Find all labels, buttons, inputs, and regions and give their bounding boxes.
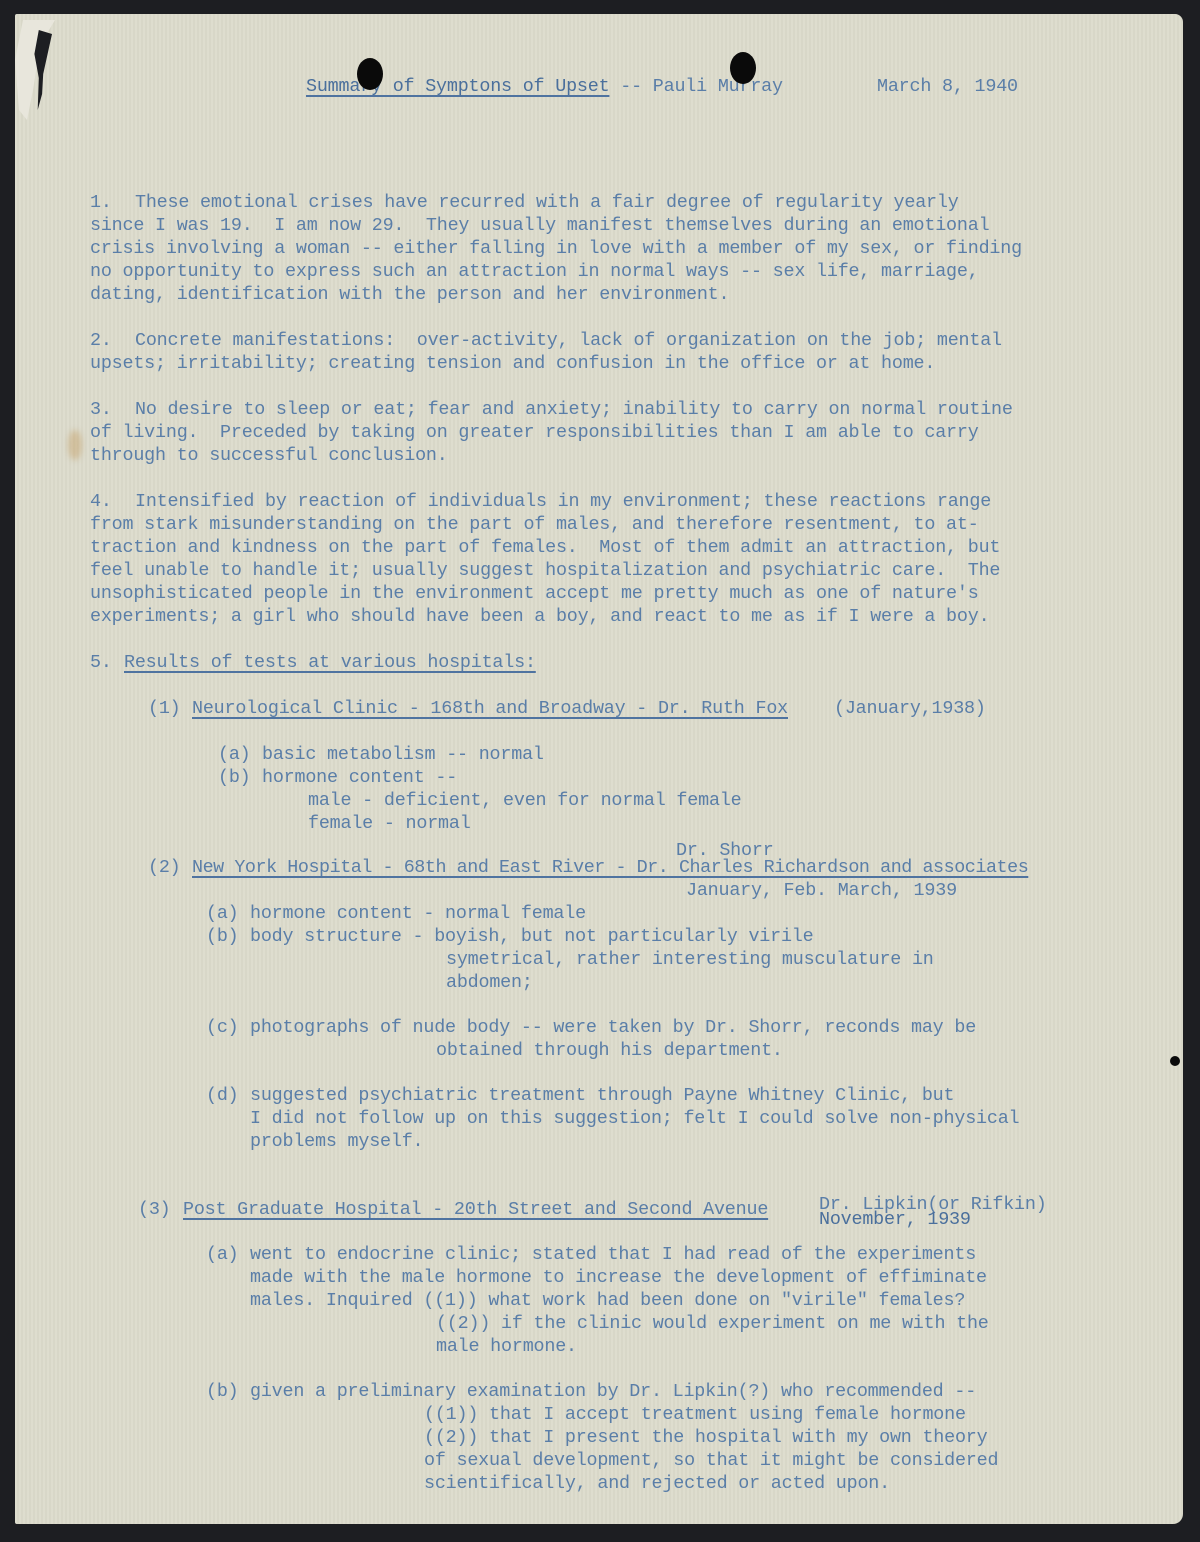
hospital-3-item-b-cont: ((1)) that I accept treatment using fema… — [424, 1403, 966, 1426]
hospital-2-name: New York Hospital - 68th and East River … — [192, 856, 1028, 879]
hospital-3-number: (3) — [138, 1198, 171, 1221]
document-title: Summary of Symptons of Upset — [306, 76, 609, 97]
paragraph-1-line: since I was 19. I am now 29. They usuall… — [90, 214, 989, 237]
paragraph-4-line: unsophisticated people in the environmen… — [90, 582, 979, 605]
document-date: March 8, 1940 — [877, 75, 1018, 98]
hospital-2-item-a: hormone content - normal female — [250, 902, 586, 925]
paragraph-1-line: no opportunity to express such an attrac… — [90, 260, 979, 283]
paragraph-2-line: upsets; irritability; creating tension a… — [90, 352, 935, 375]
hospital-3-item-a-label: (a) — [206, 1243, 239, 1266]
hospital-2-date: January, Feb. March, 1939 — [686, 879, 957, 902]
hospital-3-item-a-cont: males. Inquired ((1)) what work had been… — [250, 1289, 965, 1312]
hospital-2-number: (2) — [148, 856, 181, 879]
hospital-1-name: Neurological Clinic - 168th and Broadway… — [192, 697, 788, 720]
hospital-1-date: (January,1938) — [834, 697, 986, 720]
hospital-2-item-c-label: (c) — [206, 1016, 239, 1039]
hospital-3-item-b-cont: of sexual development, so that it might … — [424, 1449, 998, 1472]
paragraph-4-line: from stark misunderstanding on the part … — [90, 513, 979, 536]
hospital-2-item-d-cont: problems myself. — [250, 1130, 423, 1153]
paragraph-1-number: 1. — [90, 191, 112, 214]
paragraph-4-number: 4. — [90, 490, 112, 513]
paragraph-4-line: experiments; a girl who should have been… — [90, 605, 989, 628]
hospital-1-item-a: basic metabolism -- normal — [262, 743, 544, 766]
punch-hole — [1170, 1056, 1180, 1066]
hospital-2-item-d: suggested psychiatric treatment through … — [250, 1084, 954, 1107]
paper-stain — [68, 430, 82, 460]
paragraph-3-line: through to successful conclusion. — [90, 444, 448, 467]
hospital-2-item-b-cont: abdomen; — [446, 971, 533, 994]
paragraph-1-line: dating, identification with the person a… — [90, 283, 729, 306]
paragraph-1-line: crisis involving a woman -- either falli… — [90, 237, 1022, 260]
punch-hole — [357, 58, 383, 90]
hospital-1-item-a-label: (a) — [218, 743, 251, 766]
paragraph-2-number: 2. — [90, 329, 112, 352]
hospital-3-item-a-cont: made with the male hormone to increase t… — [250, 1266, 987, 1289]
paragraph-3-line: No desire to sleep or eat; fear and anxi… — [135, 398, 1013, 421]
section-5-number: 5. — [90, 651, 112, 674]
hospital-2-item-d-cont: I did not follow up on this suggestion; … — [250, 1107, 1019, 1130]
hospital-1-subline: male - deficient, even for normal female — [308, 789, 741, 812]
hospital-3-item-b-cont: scientifically, and rejected or acted up… — [424, 1472, 890, 1495]
hospital-3-item-a: went to endocrine clinic; stated that I … — [250, 1243, 976, 1266]
punch-hole — [730, 52, 756, 84]
paragraph-2-line: Concrete manifestations: over-activity, … — [135, 329, 1002, 352]
section-5-heading: Results of tests at various hospitals: — [124, 651, 536, 674]
paragraph-4-line: feel unable to handle it; usually sugges… — [90, 559, 1000, 582]
hospital-1-number: (1) — [148, 697, 181, 720]
hospital-2-item-c-cont: obtained through his department. — [436, 1039, 783, 1062]
hospital-2-item-a-label: (a) — [206, 902, 239, 925]
paragraph-4-line: Intensified by reaction of individuals i… — [135, 490, 991, 513]
hospital-3-item-b: given a preliminary examination by Dr. L… — [250, 1380, 976, 1403]
paragraph-4-line: traction and kindness on the part of fem… — [90, 536, 1000, 559]
hospital-3-item-a-cont: ((2)) if the clinic would experiment on … — [436, 1312, 989, 1335]
hospital-3-item-a-cont: male hormone. — [436, 1335, 577, 1358]
header-separator: -- — [620, 76, 642, 97]
hospital-3-item-b-cont: ((2)) that I present the hospital with m… — [424, 1426, 987, 1449]
hospital-2-item-b-label: (b) — [206, 925, 239, 948]
hospital-2-item-c: photographs of nude body -- were taken b… — [250, 1016, 976, 1039]
hospital-1-item-b-label: (b) — [218, 766, 251, 789]
hospital-3-date: November, 1939 — [819, 1208, 971, 1231]
hospital-1-subline: female - normal — [308, 812, 471, 835]
hospital-3-name: Post Graduate Hospital - 20th Street and… — [183, 1198, 768, 1221]
hospital-2-item-b: body structure - boyish, but not particu… — [250, 925, 813, 948]
paragraph-1-line: These emotional crises have recurred wit… — [135, 191, 959, 214]
hospital-1-item-b: hormone content -- — [262, 766, 457, 789]
hospital-2-item-b-cont: symetrical, rather interesting musculatu… — [446, 948, 934, 971]
hospital-2-item-d-label: (d) — [206, 1084, 239, 1107]
paragraph-3-number: 3. — [90, 398, 112, 421]
paragraph-3-line: of living. Preceded by taking on greater… — [90, 421, 979, 444]
hospital-3-item-b-label: (b) — [206, 1380, 239, 1403]
document-author: Pauli Murray — [653, 76, 783, 97]
